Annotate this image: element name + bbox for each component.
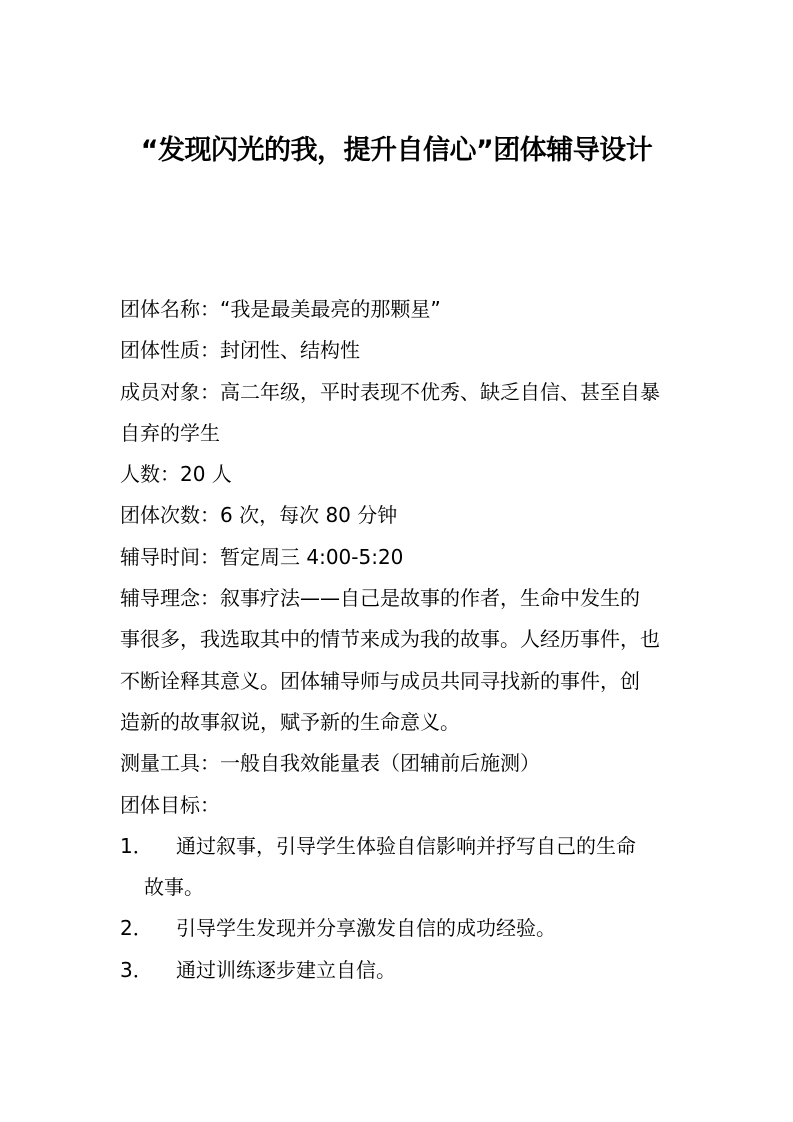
sessions-field: 团体次数：6 次，每次 80 分钟: [120, 495, 676, 536]
philosophy-continued-3: 不断诠释其意义。团体辅导师与成员共同寻找新的事件，创: [120, 661, 676, 702]
measurement-label: 测量工具：: [120, 751, 220, 775]
group-name-label: 团体名称：: [120, 297, 220, 321]
goal-text: 引导学生发现并分享激发自信的成功经验。: [176, 908, 556, 949]
philosophy-label: 辅导理念：: [120, 586, 220, 610]
philosophy-field: 辅导理念：叙事疗法——自己是故事的作者，生命中发生的: [120, 578, 676, 619]
members-value-line2: 自弃的学生: [120, 421, 220, 445]
goal-item-1: 1． 通过叙事，引导学生体验自信影响并抒写自己的生命: [120, 826, 676, 867]
sessions-label: 团体次数：: [120, 503, 220, 527]
goal-text: 通过叙事，引导学生体验自信影响并抒写自己的生命: [176, 826, 636, 867]
goal-item-2: 2． 引导学生发现并分享激发自信的成功经验。: [120, 908, 676, 949]
philosophy-continued-2: 事很多，我选取其中的情节来成为我的故事。人经历事件，也: [120, 619, 676, 660]
members-field: 成员对象：高二年级，平时表现不优秀、缺乏自信、甚至自暴: [120, 372, 676, 413]
count-field: 人数：20 人: [120, 454, 676, 495]
goals-heading: 团体目标：: [120, 785, 676, 826]
count-label: 人数：: [120, 462, 180, 486]
count-value: 20 人: [180, 462, 232, 486]
time-label: 辅导时间：: [120, 545, 220, 569]
document-page: “发现闪光的我，提升自信心”团体辅导设计 团体名称：“我是最美最亮的那颗星” 团…: [0, 0, 793, 1122]
measurement-field: 测量工具：一般自我效能量表（团辅前后施测）: [120, 743, 676, 784]
group-nature-field: 团体性质：封闭性、结构性: [120, 330, 676, 371]
goals-label: 团体目标：: [120, 793, 220, 817]
members-value-line1: 高二年级，平时表现不优秀、缺乏自信、甚至自暴: [220, 380, 660, 404]
group-name-field: 团体名称：“我是最美最亮的那颗星”: [120, 289, 676, 330]
philosophy-continued-4: 造新的故事叙说，赋予新的生命意义。: [120, 702, 676, 743]
goal-item-1-continued: 故事。: [120, 867, 676, 908]
philosophy-line2: 事很多，我选取其中的情节来成为我的故事。人经历事件，也: [120, 627, 660, 651]
group-name-value: “我是最美最亮的那颗星”: [220, 297, 441, 321]
sessions-value: 6 次，每次 80 分钟: [220, 503, 397, 527]
document-title: “发现闪光的我，提升自信心”团体辅导设计: [0, 131, 793, 171]
philosophy-line1: 叙事疗法——自己是故事的作者，生命中发生的: [220, 586, 640, 610]
goal-number: 2．: [120, 908, 176, 949]
members-field-continued: 自弃的学生: [120, 413, 676, 454]
time-value: 暂定周三 4:00-5:20: [220, 545, 403, 569]
document-body: 团体名称：“我是最美最亮的那颗星” 团体性质：封闭性、结构性 成员对象：高二年级…: [120, 289, 676, 991]
goal-text-continued: 故事。: [144, 875, 204, 899]
group-nature-value: 封闭性、结构性: [220, 338, 360, 362]
philosophy-line4: 造新的故事叙说，赋予新的生命意义。: [120, 710, 460, 734]
goal-number: 1．: [120, 826, 176, 867]
goal-number: 3．: [120, 950, 176, 991]
members-label: 成员对象：: [120, 380, 220, 404]
philosophy-line3: 不断诠释其意义。团体辅导师与成员共同寻找新的事件，创: [120, 669, 640, 693]
goal-item-3: 3． 通过训练逐步建立自信。: [120, 950, 676, 991]
time-field: 辅导时间：暂定周三 4:00-5:20: [120, 537, 676, 578]
measurement-value: 一般自我效能量表（团辅前后施测）: [220, 751, 540, 775]
group-nature-label: 团体性质：: [120, 338, 220, 362]
goal-text: 通过训练逐步建立自信。: [176, 950, 396, 991]
